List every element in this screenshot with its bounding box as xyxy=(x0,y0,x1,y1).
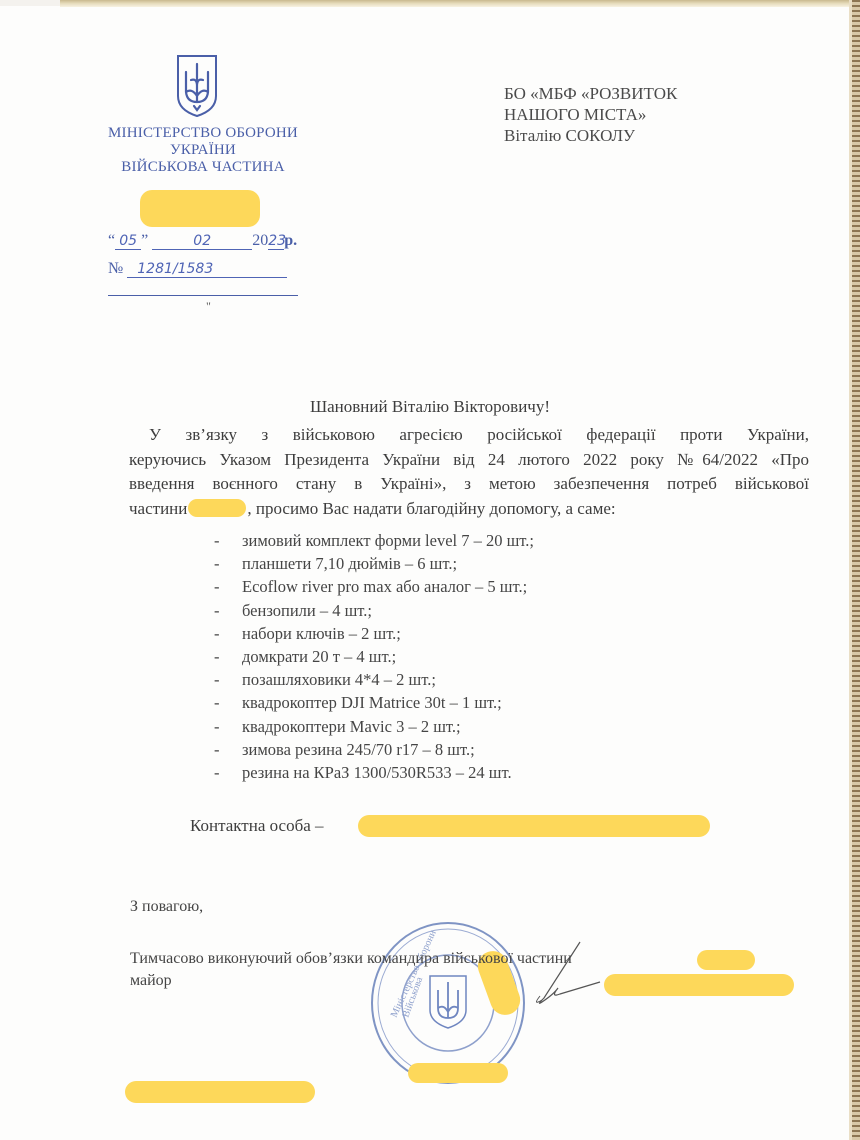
closing: З повагою, xyxy=(130,898,203,916)
recipient-line-2: НАШОГО МІСТА» xyxy=(504,104,677,125)
list-item: -планшети 7,10 дюймів – 6 шт.; xyxy=(214,552,534,575)
body-paragraph: У зв’язку з військовою агресією російськ… xyxy=(129,423,809,521)
paragraph-line-1: У зв’язку з військовою агресією російськ… xyxy=(129,423,809,448)
requested-items-list: -зимовий комплект форми level 7 – 20 шт.… xyxy=(214,529,534,784)
number-label: № xyxy=(108,260,123,277)
recipient-line-3: Віталію СОКОЛУ xyxy=(504,125,677,146)
date-month: 02 xyxy=(152,233,252,250)
contact-label: Контактна особа – xyxy=(190,816,324,835)
date-year-prefix: 20 xyxy=(252,232,268,249)
redacted-unit-signatory xyxy=(697,950,755,970)
signatory-rank: майор xyxy=(130,972,172,990)
list-item: -квадрокоптер DJI Matrice 30t – 1 шт.; xyxy=(214,691,534,714)
date-day: 05 xyxy=(115,233,141,250)
reference-number-line: № 1281/1583 xyxy=(108,260,287,278)
signatory-position: Тимчасово виконуючий обов’язки командира… xyxy=(130,950,572,968)
list-item: -зимова резина 245/70 r17 – 8 шт.; xyxy=(214,738,534,761)
date-year-suffix: 23 xyxy=(268,233,284,250)
paper-right-edge xyxy=(852,0,860,1140)
list-item: -квадрокоптери Mavic 3 – 2 шт.; xyxy=(214,715,534,738)
paragraph-line-2: керуючись Указом Президента України від … xyxy=(129,448,809,473)
list-item: -Ecoflow river pro max або аналог – 5 шт… xyxy=(214,575,534,598)
ministry-line-1: МІНІСТЕРСТВО ОБОРОНИ xyxy=(88,125,318,142)
recipient-block: БО «МБФ «РОЗВИТОК НАШОГО МІСТА» Віталію … xyxy=(504,83,677,146)
list-item: -набори ключів – 2 шт.; xyxy=(214,622,534,645)
ministry-header: МІНІСТЕРСТВО ОБОРОНИ УКРАЇНИ ВІЙСЬКОВА Ч… xyxy=(88,125,318,176)
paragraph-line-4: частини, просимо Вас надати благодійну д… xyxy=(129,497,809,522)
ditto-mark: " xyxy=(206,299,211,314)
trident-emblem-icon xyxy=(172,52,222,120)
redacted-unit-inline xyxy=(188,499,246,517)
reference-number: 1281/1583 xyxy=(127,261,287,278)
ministry-line-2: УКРАЇНИ xyxy=(88,142,318,159)
salutation: Шановний Віталію Вікторовичу! xyxy=(0,397,860,417)
redacted-signatory-name xyxy=(604,974,794,996)
contact-person: Контактна особа – xyxy=(190,816,324,836)
ministry-line-3: ВІЙСЬКОВА ЧАСТИНА xyxy=(88,159,318,176)
paper-top-edge xyxy=(60,0,860,7)
date-line: “05” 022023р. xyxy=(108,232,297,250)
list-item: -домкрати 20 т – 4 шт.; xyxy=(214,645,534,668)
list-item: -зимовий комплект форми level 7 – 20 шт.… xyxy=(214,529,534,552)
paragraph-line-3: введення воєнного стану в Україні», з ме… xyxy=(129,472,809,497)
header-separator xyxy=(108,295,298,296)
redacted-stamp-number xyxy=(408,1063,508,1083)
list-item: -бензопили – 4 шт.; xyxy=(214,599,534,622)
recipient-line-1: БО «МБФ «РОЗВИТОК xyxy=(504,83,677,104)
redacted-executor xyxy=(125,1081,315,1103)
list-item: -позашляховики 4*4 – 2 шт.; xyxy=(214,668,534,691)
redacted-unit-number xyxy=(140,190,260,227)
redacted-contact xyxy=(358,815,710,837)
list-item: -резина на КРаЗ 1300/530R533 – 24 шт. xyxy=(214,761,534,784)
